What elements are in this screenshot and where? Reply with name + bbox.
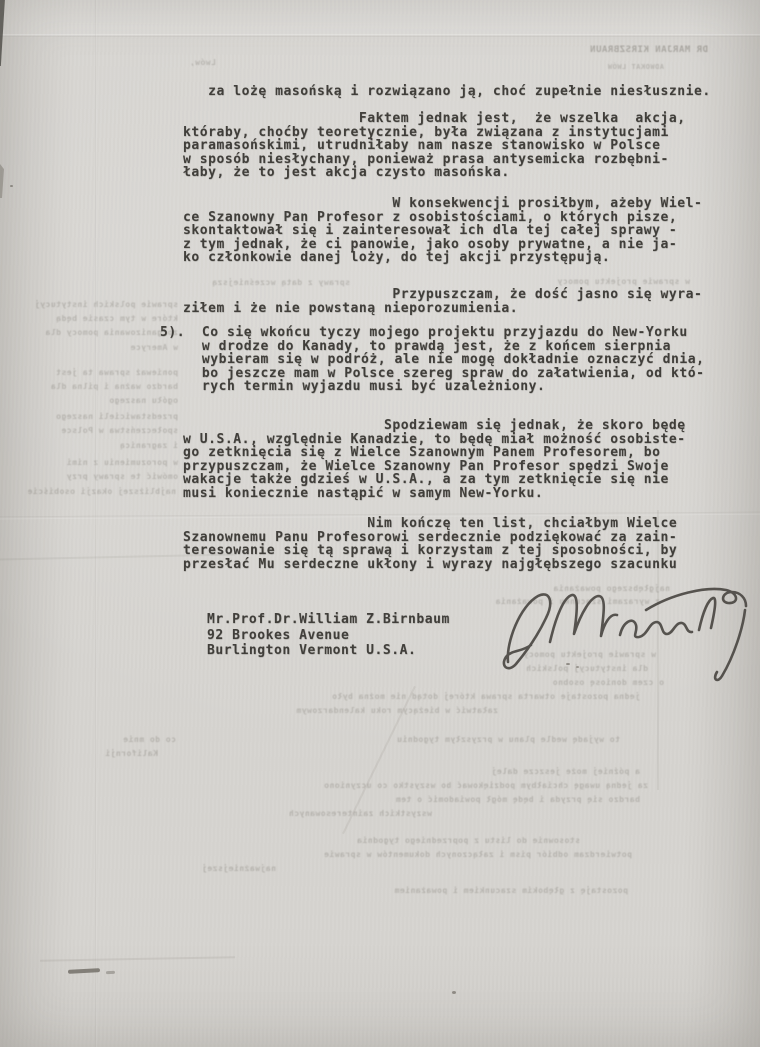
bleedthrough-line: najbliższej okazji osobiście [16, 487, 176, 497]
typed-line: rych termin wyjazdu musi być uzależniony… [160, 380, 704, 394]
bleedthrough-line: ogółu naszego [88, 396, 178, 406]
typed-line: wybieram się w podróż, ale nie mogę dokł… [160, 353, 704, 367]
bleedthrough-line: to wyjadę wedle planu w przyszłym tygodn… [180, 735, 620, 745]
fold-crease-diagonal [342, 686, 416, 834]
typed-line: ce Szanowny Pan Profesor z osobistościam… [183, 211, 702, 225]
typed-line: któraby, choćby teoretycznie, była związ… [183, 126, 686, 140]
scan-artifact-speck [452, 991, 456, 994]
typed-line: W konsekwencji prosiłbym, ażeby Wiel- [183, 197, 702, 211]
bleedthrough-line: ponieważ sprawa ta jest [14, 368, 178, 378]
bleedthrough-line: i zagranicą [86, 441, 178, 451]
bleedthrough-line: przedstawicieli naszego [14, 412, 178, 422]
letter-scan-page: Lwów,DR MARJAN KIRSZBRAUNADWOKAT LWÓWspr… [0, 0, 760, 1047]
scan-artifact-ink-dash-2 [106, 971, 115, 974]
scan-artifact-speck [10, 185, 13, 187]
bleedthrough-line: które w tym czasie będą [30, 314, 178, 324]
typed-line: Szanownemu Panu Profesorowi serdecznie p… [183, 531, 677, 545]
bleedthrough-line: w porozumieniu z nimi [14, 458, 178, 468]
bleedthrough-line: najważniejszej [106, 864, 276, 874]
typed-line: bo jeszcze mam w Polsce szereg spraw do … [160, 367, 704, 381]
bleedthrough-line: sprawie polskich instytucyj [16, 300, 178, 310]
bleedthrough-line: a później może jeszcze dalej [310, 767, 640, 777]
typed-line: przesłać Mu serdeczne ukłony i wyrazy na… [183, 558, 677, 572]
paragraph-spodziewam: Spodziewam się jednak, że skoro będęw U.… [183, 419, 686, 500]
bleedthrough-line: w sprawie projektu pomocy [390, 277, 690, 287]
recipient-address: Mr.Prof.Dr.William Z.Birnbaum92 Brookes … [207, 612, 450, 659]
bleedthrough-line: społeczeństwa w Polsce [26, 426, 178, 436]
paragraph-w-konsekwencji: W konsekwencji prosiłbym, ażeby Wiel-ce … [183, 197, 702, 265]
typed-line: za lożę masońską i rozwiązano ją, choć z… [183, 85, 711, 99]
typed-line: Nim kończę ten list, chciałbym Wielce [183, 517, 677, 531]
bleedthrough-line: potwierdzam odbiór pism i załączonych do… [72, 850, 632, 860]
typed-line: przypuszczam, że Wielce Szanowny Pan Pro… [183, 460, 686, 474]
bleedthrough-line: omówić te sprawy przy [28, 472, 178, 482]
address-line: Burlington Vermont U.S.A. [207, 643, 450, 659]
typed-line: musi koniecznie nastąpić w samym New-Yor… [183, 487, 686, 501]
typed-line: teresowanie się tą sprawą i korzystam z … [183, 544, 677, 558]
paragraph-faktem: Faktem jednak jest, że wszelka akcja,któ… [183, 112, 686, 180]
numbered-item-5: 5). Co się wkońcu tyczy mojego projektu … [160, 326, 704, 394]
paragraph-nim-koncze: Nim kończę ten list, chciałbym WielceSza… [183, 517, 677, 571]
typed-line: łaby, że to jest akcja czysto masońska. [183, 166, 686, 180]
bleedthrough-line: ADWOKAT LWÓW [592, 62, 664, 72]
bleedthrough-line: załatwić w bieżącym roku kalendarzowym [128, 706, 498, 716]
bleedthrough-line: Lwów, [176, 58, 216, 68]
continuation-line: za lożę masońską i rozwiązano ją, choć z… [183, 85, 711, 99]
bleedthrough-line: stosownie do listu z poprzedniego tygodn… [150, 836, 580, 846]
bleedthrough-line: zorganizowania pomocy dla [14, 328, 178, 338]
bleedthrough-line: bardzo ważna i pilna dla [28, 382, 178, 392]
typed-line: ko członkowie danej loży, do tej akcji p… [183, 251, 702, 265]
scan-artifact-edge-left [0, 164, 4, 198]
scan-artifact-ink-dash [68, 968, 100, 974]
fold-crease-bottom [40, 956, 235, 961]
typed-line: w U.S.A., względnie Kanadzie, to będę mi… [183, 433, 686, 447]
typed-line: z tym jednak, że ci panowie, jako osoby … [183, 238, 702, 252]
typed-line: Przypuszczam, że dość jasno się wyra- [183, 288, 702, 302]
bleedthrough-line: pozostaję z głębokim szacunkiem i poważa… [168, 886, 628, 896]
bleedthrough-line: co do mnie [56, 735, 176, 745]
bleedthrough-line: bardzo się przyda i będę mógł powiadomić… [120, 795, 640, 805]
fold-crease-vertical [95, 0, 97, 1047]
bleedthrough-line: Kalifornji [58, 749, 158, 759]
typed-line: ziłem i że nie powstaną nieporozumienia. [183, 302, 702, 316]
address-line: Mr.Prof.Dr.William Z.Birnbaum [207, 612, 450, 628]
handwritten-signature [496, 580, 754, 698]
bleedthrough-line: wszystkich zainteresowanych [132, 809, 432, 819]
typed-line: paramasońskimi, utrudniłaby nam nasze st… [183, 139, 686, 153]
typed-line: go zetknięcia się z Wielce Szanownym Pan… [183, 446, 686, 460]
typed-line: wakacje także gdzieś w U.S.A., a za tym … [183, 473, 686, 487]
typed-line: w sposób niesłychany, ponieważ prasa ant… [183, 153, 686, 167]
bleedthrough-line: DR MARJAN KIRSZBRAUN [584, 45, 708, 55]
typed-line: w drodze do Kanady, to prawdą jest, że z… [160, 340, 704, 354]
paragraph-przypuszczam: Przypuszczam, że dość jasno się wyra-ził… [183, 288, 702, 315]
typed-line: 5). Co się wkońcu tyczy mojego projektu … [160, 326, 704, 340]
bleedthrough-line: za jedną uwagę chciałbym podziękować bo … [58, 781, 648, 791]
typed-line: Faktem jednak jest, że wszelka akcja, [183, 112, 686, 126]
typed-line: Spodziewam się jednak, że skoro będę [183, 419, 686, 433]
typed-line: skontaktował się i zainteresował ich dla… [183, 224, 702, 238]
fold-crease-top [0, 34, 760, 37]
scan-artifact-edge-top-left [0, 0, 7, 66]
address-line: 92 Brookes Avenue [207, 628, 450, 644]
